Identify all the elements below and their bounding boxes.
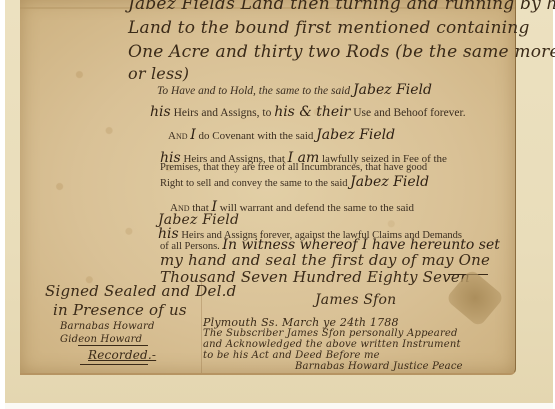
witness-name: Barnabas Howard bbox=[60, 321, 155, 332]
printed-text: To Have and to Hold, the same to the sai… bbox=[157, 85, 350, 97]
printed-text: Use and Behoof forever. bbox=[353, 107, 465, 119]
handwritten-his: his bbox=[150, 104, 171, 120]
frame-edge bbox=[5, 403, 553, 409]
covenant-line-3: Premises, that they are free of all Incu… bbox=[160, 162, 427, 173]
grantor-signature: James Sfon bbox=[315, 292, 396, 308]
grantee-name: Jabez Field bbox=[353, 82, 432, 98]
handwritten-I: I bbox=[190, 127, 196, 143]
witness-name: Gideon Howard bbox=[60, 334, 142, 345]
printed-text: do Covenant with the said bbox=[199, 130, 314, 142]
recorded-label: Recorded.- bbox=[88, 348, 156, 362]
acknowledgment-line: to be his Act and Deed Before me bbox=[203, 350, 380, 361]
handwritten-line: Land to the bound first mentioned contai… bbox=[128, 18, 530, 38]
handwritten-line: Jabez Fields Land then turning and runni… bbox=[128, 0, 555, 14]
handwritten-line: One Acre and thirty two Rods (be the sam… bbox=[128, 42, 555, 62]
habendum-line-2: his Heirs and Assigns, to his & their Us… bbox=[150, 104, 466, 120]
acknowledgment-line: The Subscriber James Sfon personally App… bbox=[203, 328, 458, 339]
attestation-line: in Presence of us bbox=[53, 301, 187, 319]
printed-and: And bbox=[168, 130, 188, 142]
covenant-line-4: Right to sell and convey the same to the… bbox=[160, 174, 429, 190]
handwritten-line: my hand and seal the first day of may On… bbox=[160, 251, 490, 269]
grantee-name: Jabez Field bbox=[316, 127, 395, 143]
grantee-name: Jabez Field bbox=[350, 174, 429, 190]
acknowledgment-line: and Acknowledged the above written Instr… bbox=[203, 339, 461, 350]
printed-text: will warrant and defend the same to the … bbox=[220, 202, 414, 214]
printed-text: Heirs and Assigns, to bbox=[174, 107, 272, 119]
covenant-line: And I do Covenant with the said Jabez Fi… bbox=[168, 127, 395, 143]
divider-line bbox=[78, 345, 148, 346]
printed-text: Right to sell and convey the same to the… bbox=[160, 178, 348, 189]
habendum-line: To Have and to Hold, the same to the sai… bbox=[157, 82, 432, 98]
divider-line bbox=[80, 364, 148, 365]
justice-signature: Barnabas Howard Justice Peace bbox=[295, 361, 463, 372]
handwritten-insert: his & their bbox=[274, 104, 350, 120]
attestation-line: Signed Sealed and Del.d bbox=[45, 282, 236, 300]
handwritten-line: or less) bbox=[128, 64, 189, 83]
